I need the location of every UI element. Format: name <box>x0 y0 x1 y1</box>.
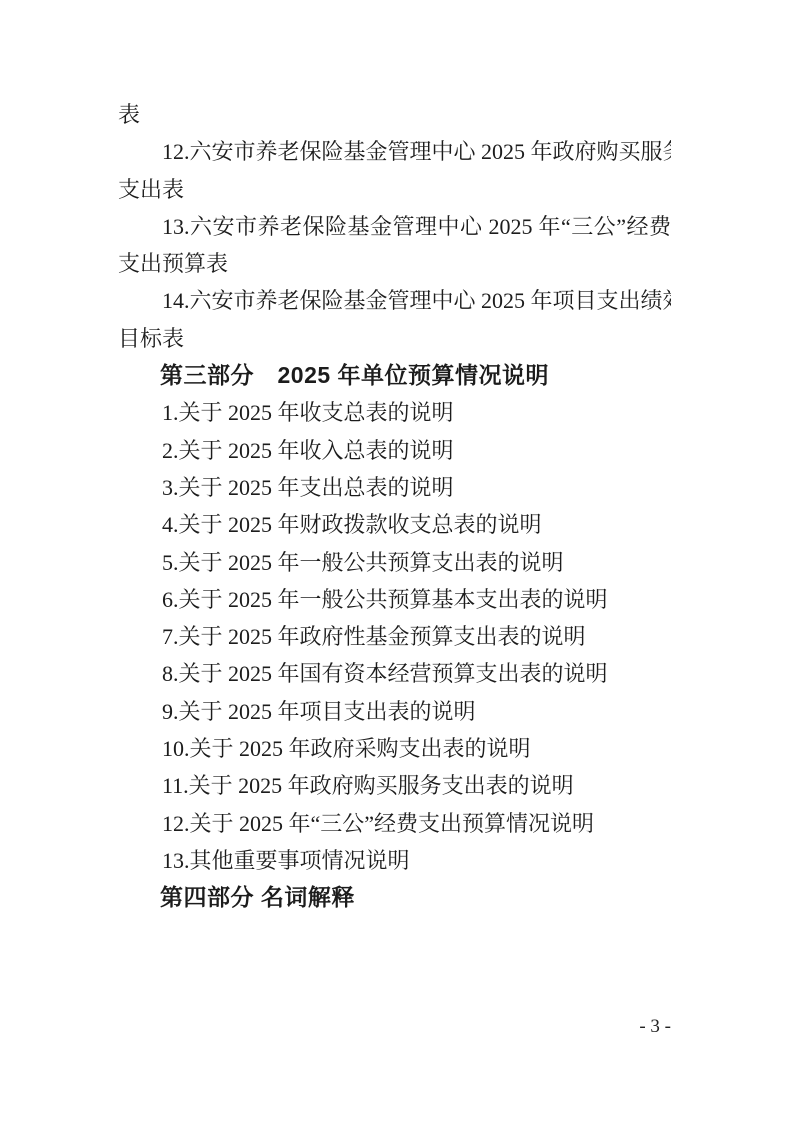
page-number: - 3 - <box>118 1016 671 1038</box>
toc-item-13-line1: 13.六安市养老保险基金管理中心 2025 年“三公”经费 <box>118 208 671 245</box>
section4-heading: 第四部分 名词解释 <box>118 879 671 916</box>
section3-item-10: 10.关于 2025 年政府采购支出表的说明 <box>118 730 671 767</box>
toc-item-12-line2: 支出表 <box>118 171 671 208</box>
toc-item-12-line1: 12.六安市养老保险基金管理中心 2025 年政府购买服务 <box>118 133 671 170</box>
section3-item-2: 2.关于 2025 年收入总表的说明 <box>118 432 671 469</box>
section3-item-5: 5.关于 2025 年一般公共预算支出表的说明 <box>118 544 671 581</box>
section3-item-3: 3.关于 2025 年支出总表的说明 <box>118 469 671 506</box>
document-body: 表 12.六安市养老保险基金管理中心 2025 年政府购买服务 支出表 13.六… <box>118 96 671 917</box>
section3-item-11: 11.关于 2025 年政府购买服务支出表的说明 <box>118 767 671 804</box>
section3-item-1: 1.关于 2025 年收支总表的说明 <box>118 394 671 431</box>
section3-item-6: 6.关于 2025 年一般公共预算基本支出表的说明 <box>118 581 671 618</box>
section3-item-9: 9.关于 2025 年项目支出表的说明 <box>118 693 671 730</box>
toc-item-14-line2: 目标表 <box>118 320 671 357</box>
section3-item-13: 13.其他重要事项情况说明 <box>118 842 671 879</box>
section3-item-4: 4.关于 2025 年财政拨款收支总表的说明 <box>118 506 671 543</box>
section3-heading: 第三部分 2025 年单位预算情况说明 <box>118 357 671 394</box>
toc-item-14-line1: 14.六安市养老保险基金管理中心 2025 年项目支出绩效 <box>118 282 671 319</box>
paragraph-continuation: 表 <box>118 96 671 133</box>
section3-item-8: 8.关于 2025 年国有资本经营预算支出表的说明 <box>118 655 671 692</box>
toc-item-13-line2: 支出预算表 <box>118 245 671 282</box>
section3-item-12: 12.关于 2025 年“三公”经费支出预算情况说明 <box>118 805 671 842</box>
document-page: 表 12.六安市养老保险基金管理中心 2025 年政府购买服务 支出表 13.六… <box>0 0 793 1122</box>
section3-item-7: 7.关于 2025 年政府性基金预算支出表的说明 <box>118 618 671 655</box>
